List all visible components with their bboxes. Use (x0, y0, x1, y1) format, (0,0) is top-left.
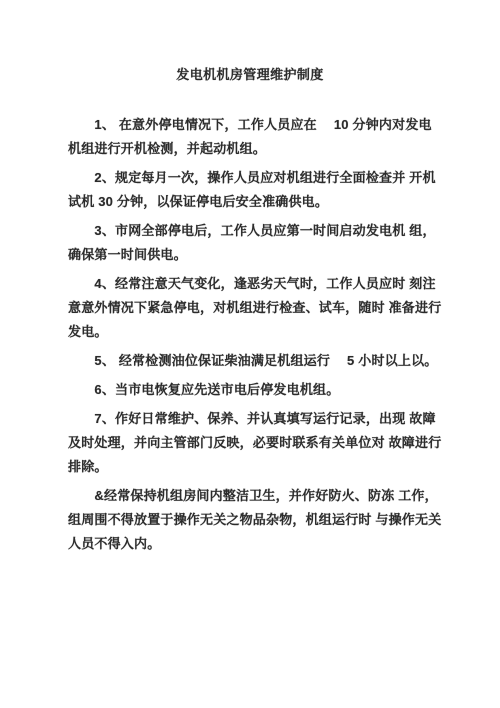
paragraph: 2、规定每月一次，操作人员应对机组进行全面检查并 开机试机 30 分钟，以保证停… (68, 166, 440, 214)
document-page: 发电机机房管理维护制度 1、 在意外停电情况下，工作人员应在 10 分钟内对发电… (0, 0, 500, 708)
document-title: 发电机机房管理维护制度 (68, 63, 432, 87)
paragraph: 3、市网全部停电后，工作人员应第一时间启动发电机 组，确保第一时间供电。 (68, 219, 440, 267)
paragraph: &经常保持机组房间内整洁卫生，并作好防火、防冻 工作，组周围不得放置于操作无关之… (68, 484, 440, 556)
paragraph: 1、 在意外停电情况下，工作人员应在 10 分钟内对发电机组进行开机检测，并起动… (68, 113, 440, 161)
text-line: 3、市网全部停电后，工作人员应第一时间启动发电机 组， (68, 219, 440, 243)
text-line: 机组进行开机检测，并起动机组。 (68, 137, 440, 161)
text-line: &经常保持机组房间内整洁卫生，并作好防火、防冻 工作， (68, 484, 440, 508)
paragraph: 4、经常注意天气变化，逢恶劣天气时，工作人员应时 刻注意意外情况下紧急停电，对机… (68, 272, 440, 344)
document-body: 1、 在意外停电情况下，工作人员应在 10 分钟内对发电机组进行开机检测，并起动… (68, 113, 440, 556)
text-line: 试机 30 分钟，以保证停电后安全准确供电。 (68, 190, 440, 214)
text-line: 意意外情况下紧急停电，对机组进行检查、试车，随时 准备进行 (68, 296, 440, 320)
document-content: 发电机机房管理维护制度 1、 在意外停电情况下，工作人员应在 10 分钟内对发电… (68, 63, 440, 561)
text-line: 发电。 (68, 320, 440, 344)
paragraph: 7、作好日常维护、保养、并认真填写运行记录，出现 故障及时处理，并向主管部门反映… (68, 407, 440, 479)
paragraph: 6、当市电恢复应先送市电后停发电机组。 (68, 378, 440, 402)
text-line: 2、规定每月一次，操作人员应对机组进行全面检查并 开机 (68, 166, 440, 190)
text-line: 排除。 (68, 455, 440, 479)
paragraph: 5、 经常检测油位保证柴油满足机组运行 5 小时以上以。 (68, 349, 440, 373)
text-line: 及时处理，并向主管部门反映，必要时联系有关单位对 故障进行 (68, 431, 440, 455)
text-line: 5、 经常检测油位保证柴油满足机组运行 5 小时以上以。 (68, 349, 440, 373)
text-line: 7、作好日常维护、保养、并认真填写运行记录，出现 故障 (68, 407, 440, 431)
text-line: 组周围不得放置于操作无关之物品杂物，机组运行时 与操作无关 (68, 508, 440, 532)
text-line: 6、当市电恢复应先送市电后停发电机组。 (68, 378, 440, 402)
text-line: 确保第一时间供电。 (68, 243, 440, 267)
text-line: 1、 在意外停电情况下，工作人员应在 10 分钟内对发电 (68, 113, 440, 137)
text-line: 人员不得入内。 (68, 532, 440, 556)
text-line: 4、经常注意天气变化，逢恶劣天气时，工作人员应时 刻注 (68, 272, 440, 296)
